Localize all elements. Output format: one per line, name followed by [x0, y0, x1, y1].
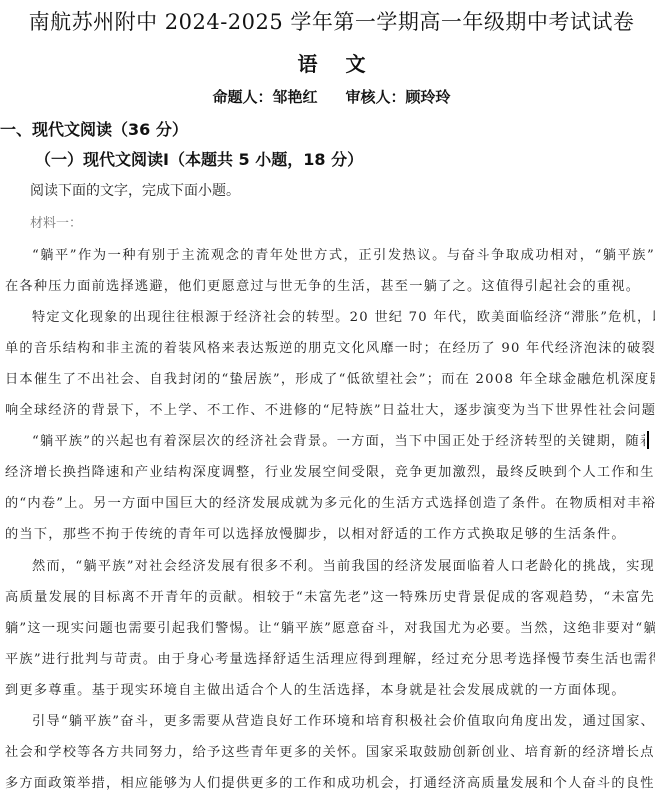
paragraph-line: 到更多尊重。基于现实环境自主做出适合个人的生活选择，本身就是社会发展成就的一方面…: [5, 679, 655, 698]
subject-heading: 语文: [0, 48, 663, 77]
paragraph-line: 社会和学校等各方共同努力，给予这些青年更多的关怀。国家采取鼓励创新创业、培育新的…: [5, 741, 655, 760]
subject-char-2: 文: [346, 52, 366, 76]
section-heading: 一、现代文阅读（36 分）: [0, 117, 663, 140]
exam-title: 南航苏州附中 2024-2025 学年第一学期高一年级期中考试试卷: [0, 6, 663, 36]
paragraph-line: 在各种压力面前选择逃避，他们更愿意过与世无争的生活，甚至一躺了之。这值得引起社会…: [5, 275, 655, 294]
paragraph-line: 的“内卷”上。另一方面中国巨大的经济发展成就为多元化的生活方式选择创造了条件。在…: [5, 492, 655, 511]
paragraph-line: 躺”这一现实问题也需要引起我们警惕。让“躺平族”愿意奋斗，对我国尤为必要。当然，…: [5, 617, 655, 636]
paragraph-line: 响全球经济的背景下，不上学、不工作、不进修的“尼特族”日益壮大，逐步演变为当下世…: [5, 399, 655, 418]
reviewer-label: 审核人：顾玲玲: [346, 88, 451, 106]
subsection-heading: （一）现代文阅读Ⅰ（本题共 5 小题，18 分）: [35, 147, 663, 170]
material-label: 材料一：: [30, 212, 663, 231]
authors-line: 命题人：邹艳红审核人：顾玲玲: [0, 86, 663, 107]
paragraph-line: 经济增长换挡降速和产业结构深度调整，行业发展空间受限，竞争更加激烈，最终反映到个…: [5, 461, 655, 480]
paragraph-line: 的当下，那些不拘于传统的青年可以选择放慢脚步，以相对舒适的工作方式换取足够的生活…: [5, 523, 655, 542]
author-label: 命题人：邹艳红: [212, 88, 317, 106]
paragraph-line: “躺平”作为一种有别于主流观念的青年处世方式，正引发热议。与奋斗争取成功相对，“…: [32, 244, 655, 263]
text-cursor: [647, 431, 649, 449]
paragraph-line: 平族”进行批判与苛责。由于身心考量选择舒适生活理应得到理解，经过充分思考选择慢节…: [5, 648, 655, 667]
paragraph-line: 引导“躺平族”奋斗，更多需要从营造良好工作环境和培育积极社会价值取向角度出发，通…: [32, 710, 655, 729]
paragraph-line: 然而，“躺平族”对社会经济发展有很多不利。当前我国的经济发展面临着人口老龄化的挑…: [32, 555, 655, 574]
reading-instruction: 阅读下面的文字，完成下面小题。: [30, 180, 663, 200]
paragraph-line: “躺平族”的兴起也有着深层次的经济社会背景。一方面，当下中国正处于经济转型的关键…: [32, 430, 645, 449]
paragraph-line: 单的音乐结构和非主流的着装风格来表达叛逆的朋克文化风靡一时；在经历了 90 年代…: [5, 337, 655, 356]
paragraph-line: 高质量发展的目标离不开青年的贡献。相较于“未富先老”这一特殊历史背景促成的客观趋…: [5, 586, 655, 605]
paragraph-line: 日本催生了不出社会、自我封闭的“蛰居族”，形成了“低欲望社会”；而在 2008 …: [5, 368, 655, 387]
subject-char-1: 语: [298, 52, 318, 76]
paragraph-line: 多方面政策举措，相应能够为人们提供更多的工作和成功机会，打通经济高质量发展和个人…: [5, 772, 655, 790]
paragraph-line: 特定文化现象的出现往往根源于经济社会的转型。20 世纪 70 年代，欧美面临经济…: [32, 306, 655, 325]
